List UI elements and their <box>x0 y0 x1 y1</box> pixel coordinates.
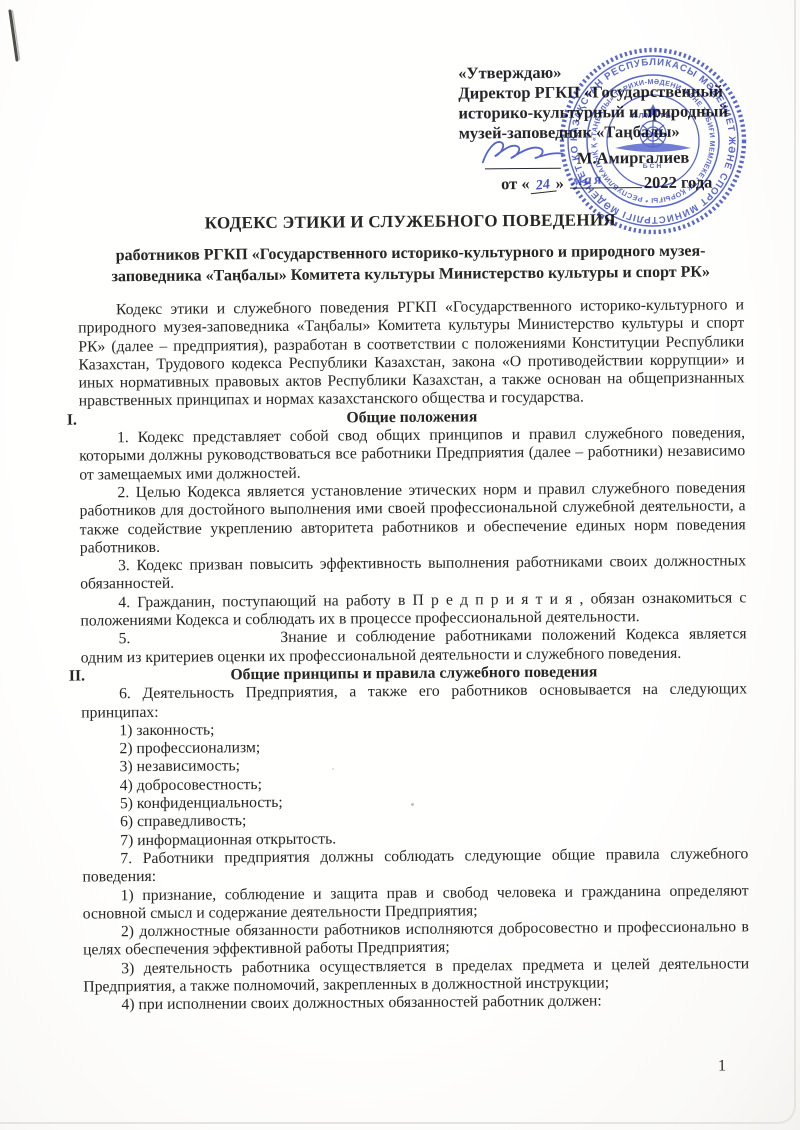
clause-7: 7. Работники предприятия должны соблюдат… <box>82 845 748 887</box>
page-number: 1 <box>718 1057 726 1075</box>
clause-5: 5.Знание и соблюдение работниками положе… <box>81 626 747 668</box>
document-subtitle: работников РГКП «Государственного истори… <box>78 241 744 287</box>
director-line-2: историко-культурный и природный <box>458 101 758 123</box>
clause-3: 3. Кодекс призван повысить эффективность… <box>80 552 746 594</box>
clause-5-text: Знание и соблюдение работниками положени… <box>81 626 747 667</box>
date-row: от «24»мая2022 года <box>501 170 759 194</box>
staple-mark-icon <box>2 4 28 72</box>
clause-4: 4. Гражданин, поступающий на работу в П … <box>80 589 746 631</box>
approval-word: «Утверждаю» <box>458 61 758 83</box>
signature-row: М.Амиргалиев <box>459 143 759 169</box>
clause-5-marker: 5. <box>119 630 131 647</box>
clause-6: 6. Деятельность Предприятия, а также его… <box>81 681 747 723</box>
approval-block: «Утверждаю» Директор РГКП «Государственн… <box>458 61 759 194</box>
scanned-content: «Утверждаю» Директор РГКП «Государственн… <box>0 0 800 1130</box>
signature-scribble-icon <box>477 136 569 171</box>
scan-speck <box>411 803 414 806</box>
date-year: 2022 года <box>644 173 713 193</box>
section-1-numeral: I. <box>67 411 77 429</box>
intro-paragraph: Кодекс этики и служебного поведения РГКП… <box>78 296 745 411</box>
signee-name: М.Амиргалиев <box>577 148 690 169</box>
section-2-title: Общие принципы и правила служебного пове… <box>230 663 597 683</box>
clause-5-gap <box>130 642 280 643</box>
month-line: мая <box>570 171 642 189</box>
rule-paragraph-3: 3) деятельность работника осуществляется… <box>83 955 749 997</box>
handwritten-day: 24 <box>529 178 556 194</box>
scan-speck-2 <box>332 768 334 770</box>
rule-paragraph-4: 4) при исполнении своих должностных обяз… <box>83 992 749 1016</box>
handwritten-month: мая <box>571 169 604 191</box>
signature-line <box>485 150 561 170</box>
page-sheet: «Утверждаю» Директор РГКП «Государственн… <box>0 0 800 1130</box>
rule-paragraph-2: 2) должностные обязанности работников ис… <box>83 918 749 960</box>
document-title: КОДЕКС ЭТИКИ И СЛУЖЕБНОГО ПОВЕДЕНИЯ <box>77 209 743 234</box>
director-line-1: Директор РГКП «Государственный <box>458 81 758 103</box>
section-2-numeral: II. <box>69 667 85 685</box>
document-body: КОДЕКС ЭТИКИ И СЛУЖЕБНОГО ПОВЕДЕНИЯ рабо… <box>77 209 749 1015</box>
date-quote-close: » <box>555 174 563 193</box>
rule-paragraph-1: 1) признание, соблюдение и защита прав и… <box>83 882 749 924</box>
clause-2: 2. Целью Кодекса является установление э… <box>79 479 746 557</box>
section-1-title: Общие положения <box>346 408 477 426</box>
clause-1: 1. Кодекс представляет собой свод общих … <box>79 424 745 484</box>
date-prefix: от « <box>501 174 530 193</box>
